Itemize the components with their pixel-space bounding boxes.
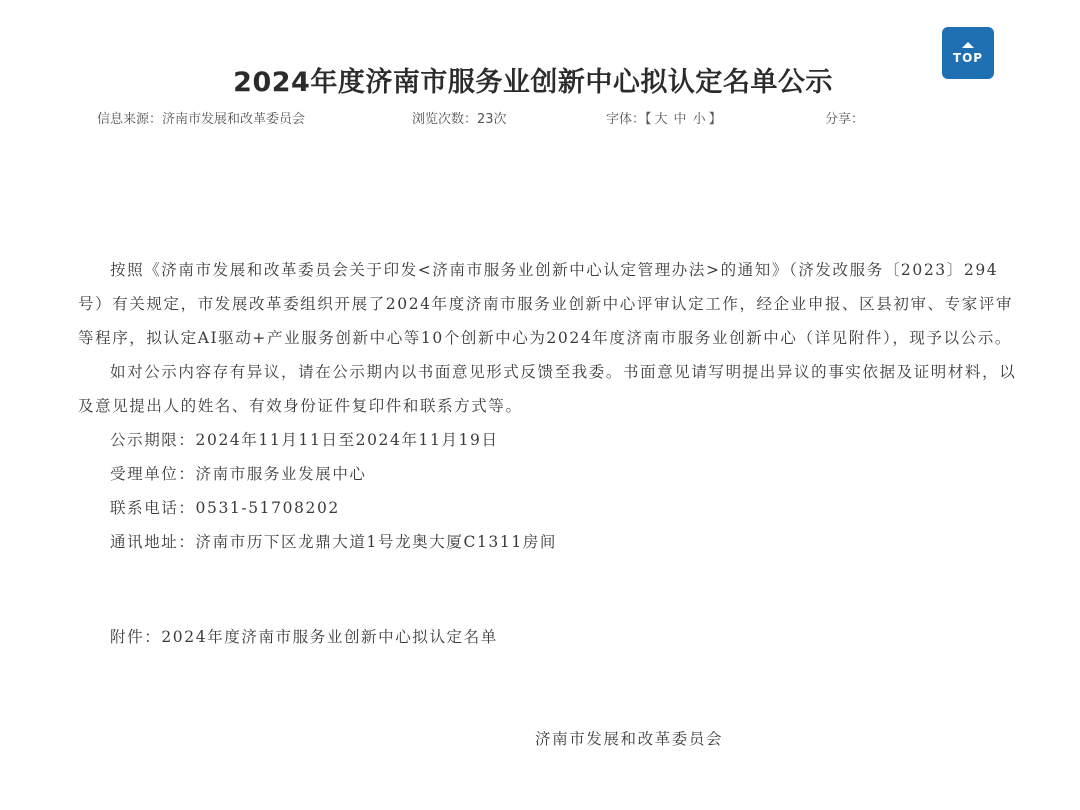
info-source-label: 信息来源： [97, 112, 162, 127]
view-count: 浏览次数：23次 [412, 111, 507, 129]
body-paragraph-1: 按照《济南市发展和改革委员会关于印发<济南市服务业创新中心认定管理办法>的通知》… [78, 253, 1018, 355]
receiving-unit-label: 受理单位： [110, 465, 196, 483]
share-label: 分享： [825, 112, 864, 127]
mailing-address-label: 通讯地址： [110, 533, 196, 551]
share-section: 分享： [825, 111, 864, 129]
attachment-line: 附件：2024年度济南市服务业创新中心拟认定名单 [110, 620, 498, 654]
contact-phone-value: 0531-51708202 [196, 499, 340, 517]
bracket-close: 】 [709, 112, 722, 127]
view-count-label: 浏览次数： [412, 112, 477, 127]
info-mailing-address: 通讯地址：济南市历下区龙鼎大道1号龙奥大厦C1311房间 [78, 525, 1018, 559]
contact-phone-label: 联系电话： [110, 499, 196, 517]
font-size-large[interactable]: 大 [655, 112, 668, 127]
mailing-address-value: 济南市历下区龙鼎大道1号龙奥大厦C1311房间 [196, 533, 557, 551]
font-size-switcher: 字体：【大中小】 [606, 111, 722, 129]
publicity-period-label: 公示期限： [110, 431, 196, 449]
info-contact-phone: 联系电话：0531-51708202 [78, 491, 1018, 525]
arrow-up-icon [962, 42, 974, 48]
bracket-open: 【 [645, 112, 652, 127]
article-body: 按照《济南市发展和改革委员会关于印发<济南市服务业创新中心认定管理办法>的通知》… [78, 253, 1018, 559]
info-source: 信息来源：济南市发展和改革委员会 [97, 111, 305, 129]
receiving-unit-value: 济南市服务业发展中心 [196, 465, 367, 483]
font-size-medium[interactable]: 中 [674, 112, 687, 127]
attachment-link[interactable]: 2024年度济南市服务业创新中心拟认定名单 [161, 628, 498, 646]
publicity-period-value: 2024年11月11日至2024年11月19日 [196, 431, 499, 449]
back-to-top-button[interactable]: TOP [942, 27, 994, 79]
info-source-value: 济南市发展和改革委员会 [162, 112, 305, 127]
signature: 济南市发展和改革委员会 [535, 722, 723, 756]
font-size-label: 字体： [606, 112, 645, 127]
body-paragraph-2: 如对公示内容存有异议，请在公示期内以书面意见形式反馈至我委。书面意见请写明提出异… [78, 355, 1018, 423]
view-count-value: 23次 [477, 112, 507, 127]
top-button-label: TOP [953, 52, 983, 64]
font-size-small[interactable]: 小 [693, 112, 706, 127]
info-publicity-period: 公示期限：2024年11月11日至2024年11月19日 [78, 423, 1018, 457]
page-title: 2024年度济南市服务业创新中心拟认定名单公示 [0, 63, 1066, 103]
info-receiving-unit: 受理单位：济南市服务业发展中心 [78, 457, 1018, 491]
attachment-label: 附件： [110, 628, 161, 646]
